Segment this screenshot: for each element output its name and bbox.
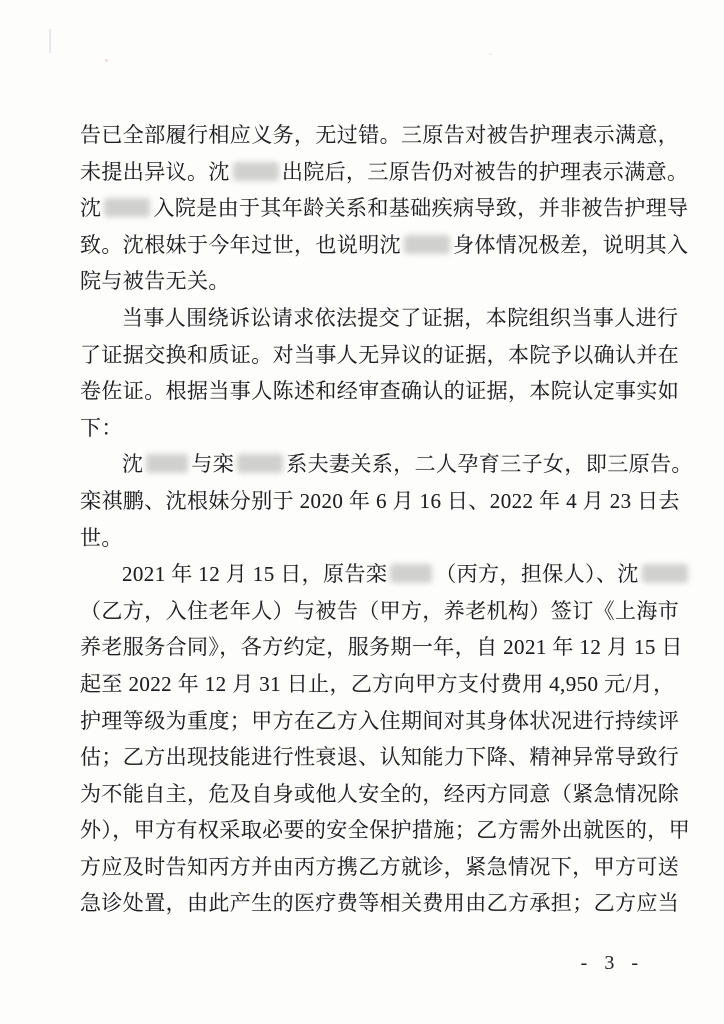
text-line: 为不能自主，危及自身或他人安全的，经丙方同意（紧急情况除 (80, 776, 655, 813)
text-line: 下： (80, 410, 655, 447)
text-line: 急诊处置，由此产生的医疗费等相关费用由乙方承担；乙方应当 (80, 885, 655, 922)
text-line: 了证据交换和质证。对当事人无异议的证据，本院予以确认并在 (80, 337, 655, 374)
text-run: 方应及时告知丙方并由丙方携乙方就诊，紧急情况下，甲方可送 (80, 855, 679, 879)
text-run: 急诊处置，由此产生的医疗费等相关费用由乙方承担；乙方应当 (80, 891, 679, 915)
text-run: 沈 (122, 452, 143, 476)
text-run: 与栾 (191, 452, 234, 476)
scanned-document-page: 告已全部履行相应义务，无过错。三原告对被告护理表示满意，未提出异议。沈出院后，三… (0, 0, 724, 1024)
text-line: 世。 (80, 520, 655, 557)
text-run: 外），甲方有权采取必要的安全保护措施；乙方需外出就医的，甲 (80, 818, 690, 842)
scan-artifact-line (49, 29, 51, 53)
text-line: 起至 2022 年 12 月 31 日止，乙方向甲方支付费用 4,950 元/月… (80, 666, 655, 703)
redacted-name-blur (233, 162, 279, 181)
text-line: 沈入院是由于其年龄关系和基础疾病导致，并非被告护理导 (80, 190, 655, 227)
text-run: （丙方，担保人）、沈 (435, 562, 639, 586)
text-line: 沈与栾系夫妻关系，二人孕育三子女，即三原告。 (80, 446, 655, 483)
text-block: 告已全部履行相应义务，无过错。三原告对被告护理表示满意，未提出异议。沈出院后，三… (80, 117, 655, 922)
scan-artifact-dot (105, 59, 108, 62)
text-run: 了证据交换和质证。对当事人无异议的证据，本院予以确认并在 (80, 343, 679, 367)
text-run: 致。沈根妹于今年过世，也说明沈 (80, 233, 401, 257)
text-line: （乙方，入住老年人）与被告（甲方，养老机构）签订《上海市 (80, 593, 655, 630)
text-line: 院与被告无关。 (80, 263, 655, 300)
text-run: 护理等级为重度；甲方在乙方入住期间对其身体状况进行持续评 (80, 709, 679, 733)
text-line: 护理等级为重度；甲方在乙方入住期间对其身体状况进行持续评 (80, 703, 655, 740)
text-line: 外），甲方有权采取必要的安全保护措施；乙方需外出就医的，甲 (80, 812, 655, 849)
text-run: 世。 (80, 526, 123, 550)
text-run: 告已全部履行相应义务，无过错。三原告对被告护理表示满意， (80, 123, 679, 147)
text-run: 为不能自主，危及自身或他人安全的，经丙方同意（紧急情况除 (80, 782, 679, 806)
text-line: 致。沈根妹于今年过世，也说明沈身体情况极差，说明其入 (80, 227, 655, 264)
redacted-name-blur (404, 235, 450, 254)
redacted-name-blur (237, 454, 283, 473)
redacted-name-blur (642, 564, 688, 583)
text-run: 下： (80, 416, 123, 440)
text-line: 未提出异议。沈出院后，三原告仍对被告的护理表示满意。 (80, 154, 655, 191)
text-run: 院与被告无关。 (80, 269, 230, 293)
text-run: 未提出异议。沈 (80, 160, 230, 184)
page-number: - 3 - (581, 952, 644, 975)
text-line: 告已全部履行相应义务，无过错。三原告对被告护理表示满意， (80, 117, 655, 154)
text-line: 估；乙方出现技能进行性衰退、认知能力下降、精神异常导致行 (80, 739, 655, 776)
text-run: 出院后，三原告仍对被告的护理表示满意。 (282, 160, 689, 184)
text-run: 沈 (80, 196, 101, 220)
text-run: 卷佐证。根据当事人陈述和经审查确认的证据，本院认定事实如 (80, 379, 679, 403)
scan-artifact-dot (489, 53, 492, 55)
text-line: 方应及时告知丙方并由丙方携乙方就诊，紧急情况下，甲方可送 (80, 849, 655, 886)
text-line: 2021 年 12 月 15 日，原告栾（丙方，担保人）、沈 (80, 556, 655, 593)
text-run: 估；乙方出现技能进行性衰退、认知能力下降、精神异常导致行 (80, 745, 679, 769)
redacted-name-blur (146, 454, 188, 473)
text-line: 栾祺鹏、沈根妹分别于 2020 年 6 月 16 日、2022 年 4 月 23… (80, 483, 655, 520)
text-run: 2021 年 12 月 15 日，原告栾 (122, 562, 387, 586)
text-run: 入院是由于其年龄关系和基础疾病导致，并非被告护理导 (153, 196, 688, 220)
text-run: 系夫妻关系，二人孕育三子女，即三原告。 (286, 452, 693, 476)
redacted-name-blur (104, 198, 150, 217)
text-run: 当事人围绕诉讼请求依法提交了证据，本院组织当事人进行 (122, 306, 678, 330)
text-line: 养老服务合同》，各方约定，服务期一年，自 2021 年 12 月 15 日 (80, 629, 655, 666)
text-run: 养老服务合同》，各方约定，服务期一年，自 2021 年 12 月 15 日 (80, 635, 683, 659)
text-line: 卷佐证。根据当事人陈述和经审查确认的证据，本院认定事实如 (80, 373, 655, 410)
text-run: （乙方，入住老年人）与被告（甲方，养老机构）签订《上海市 (80, 599, 679, 623)
redacted-name-blur (390, 564, 432, 583)
text-run: 身体情况极差，说明其入 (453, 233, 688, 257)
text-run: 栾祺鹏、沈根妹分别于 2020 年 6 月 16 日、2022 年 4 月 23… (80, 489, 680, 513)
text-line: 当事人围绕诉讼请求依法提交了证据，本院组织当事人进行 (80, 300, 655, 337)
text-run: 起至 2022 年 12 月 31 日止，乙方向甲方支付费用 4,950 元/月… (80, 672, 674, 696)
